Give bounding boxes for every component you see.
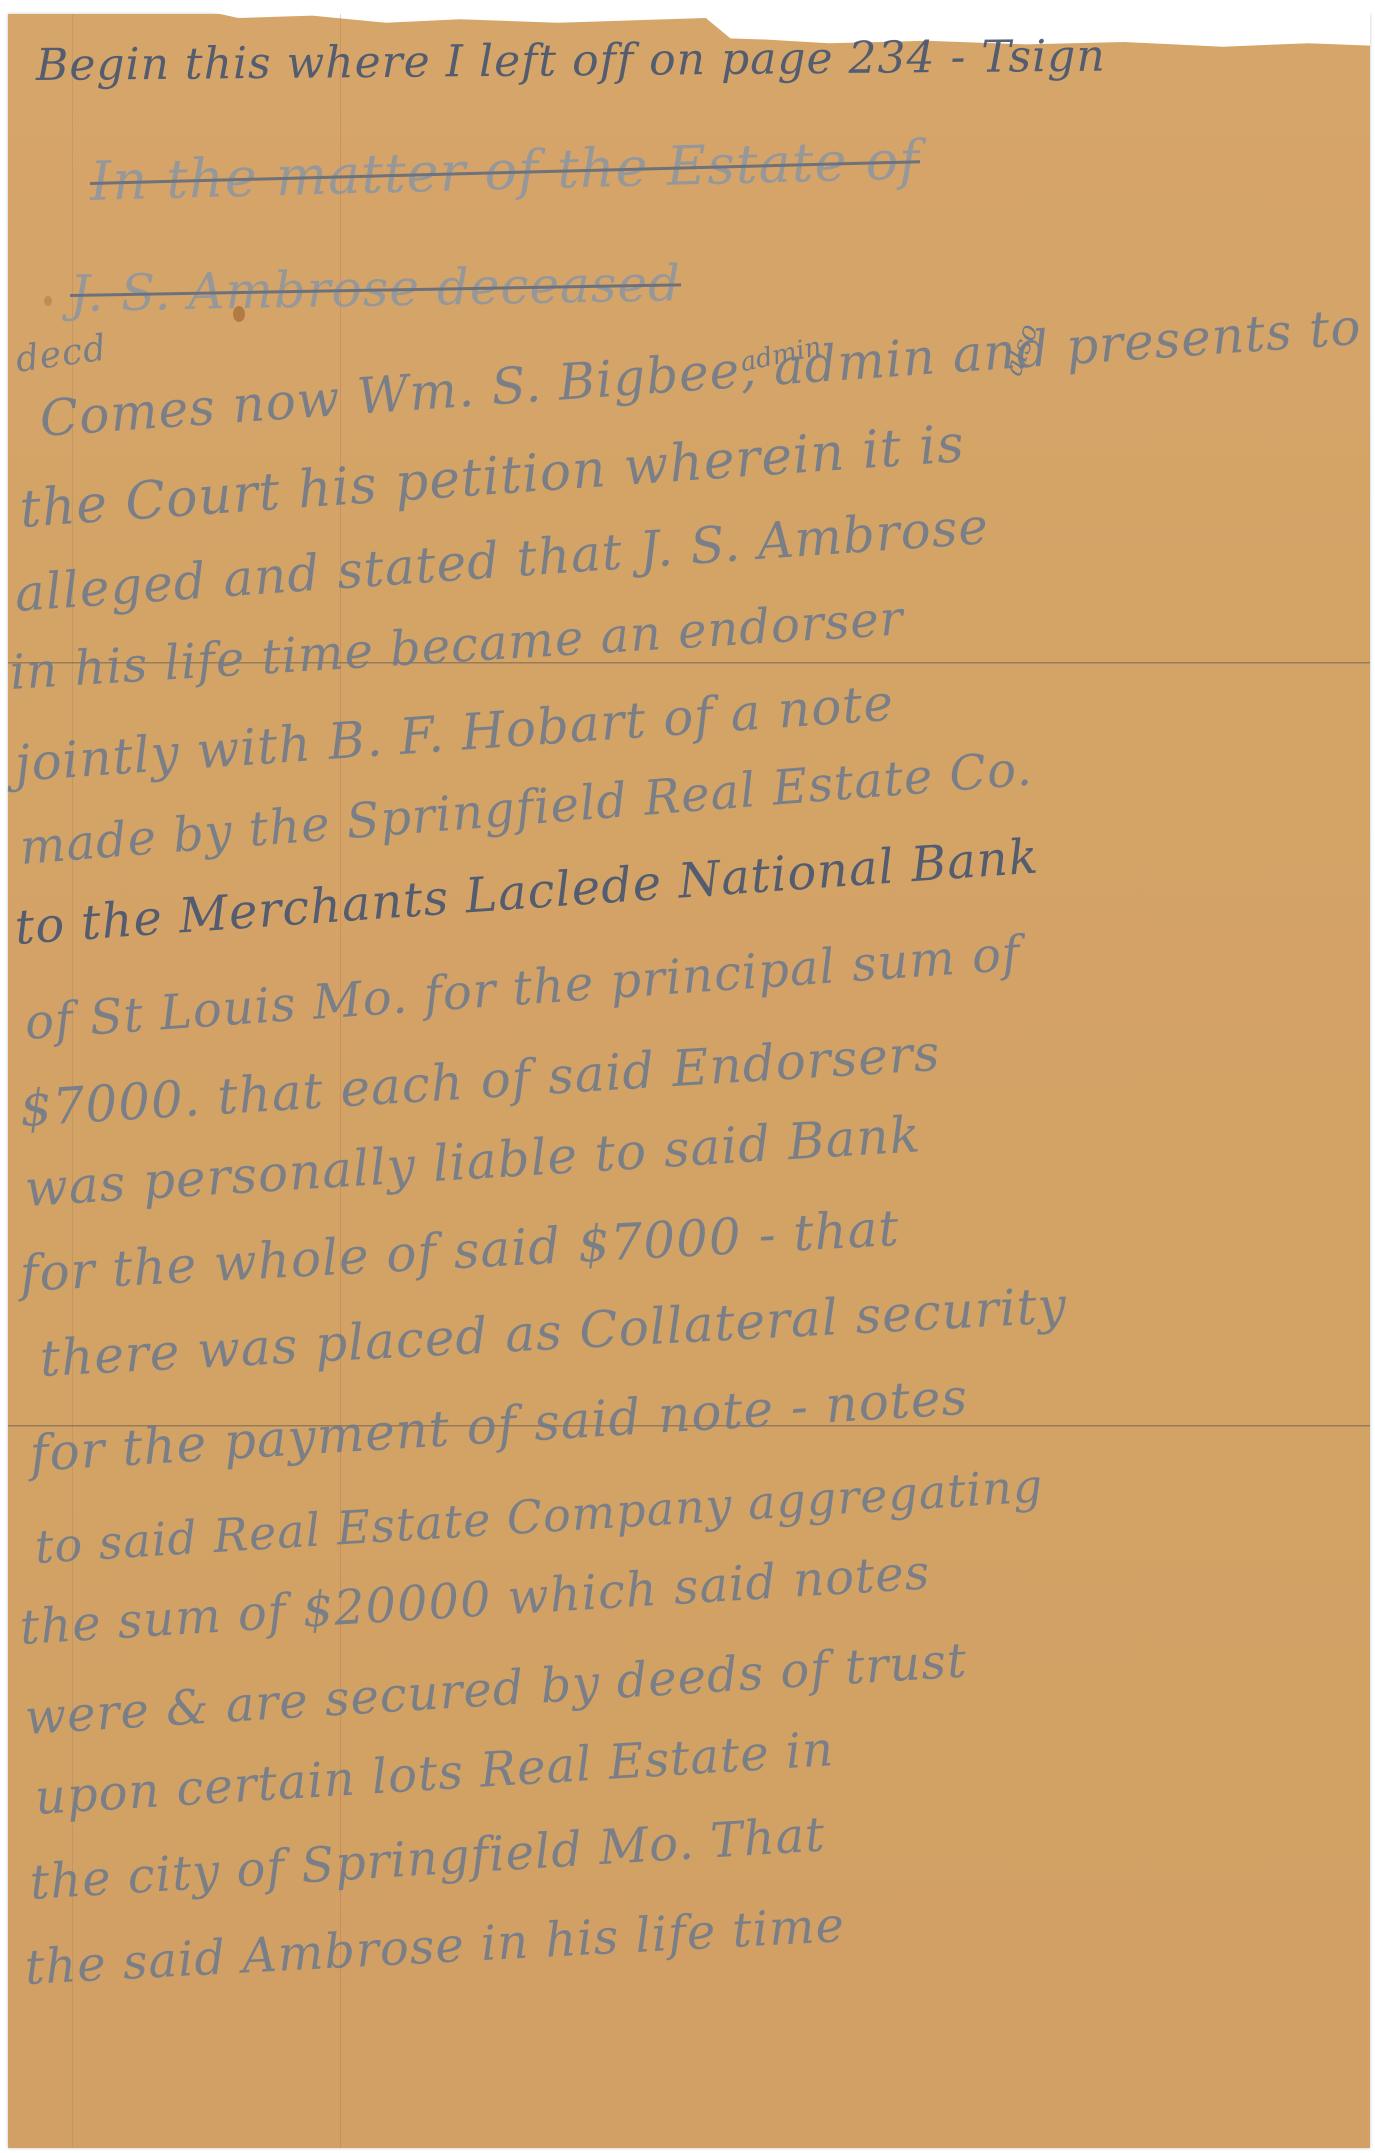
paper-stain — [44, 296, 52, 306]
struck-heading-line-2: J. S. Ambrose deceased — [69, 254, 681, 323]
header-note: Begin this where I left off on page 234 … — [36, 31, 1106, 91]
